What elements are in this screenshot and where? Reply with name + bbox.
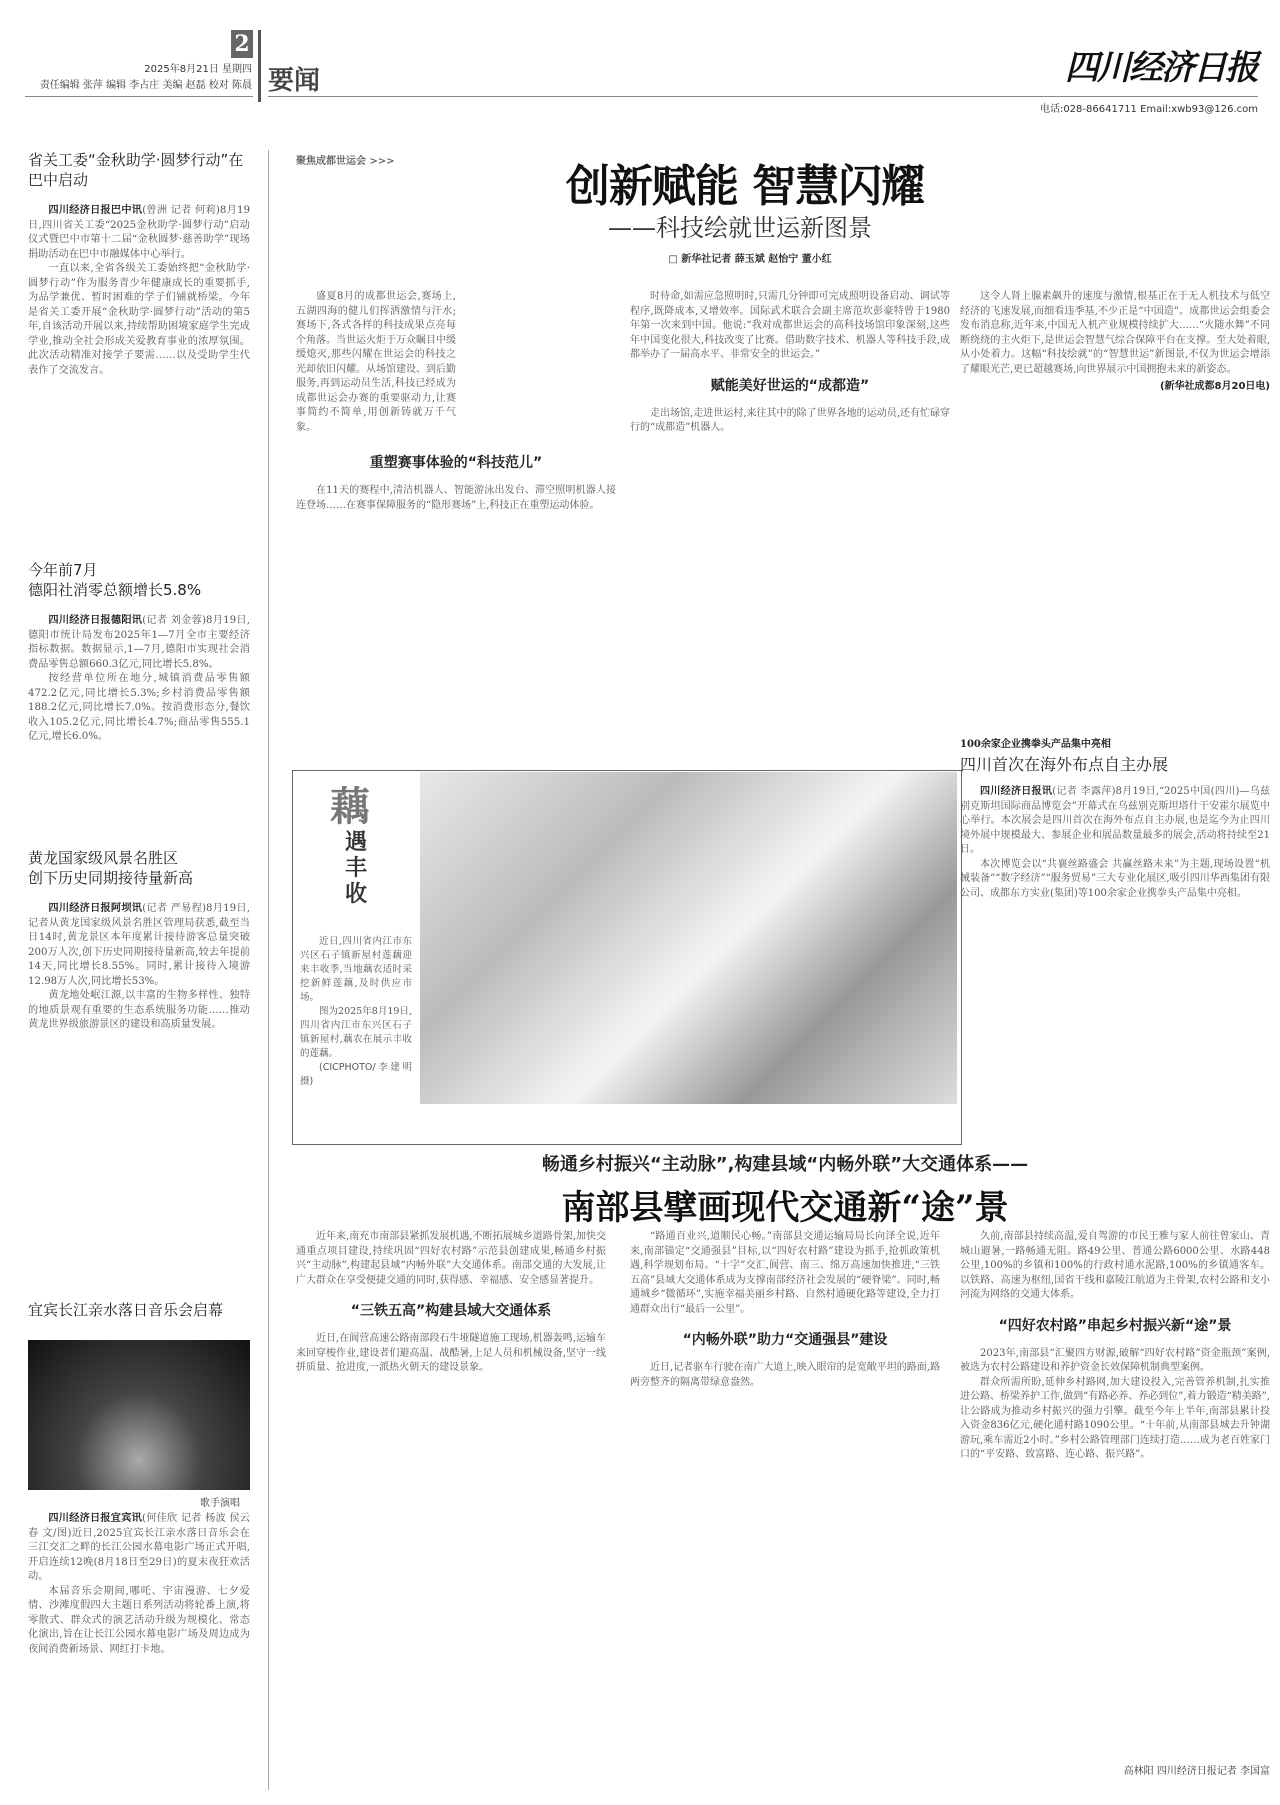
issue-date: 2025年8月21日 星期四 (100, 60, 252, 75)
editor-credits: 责任编辑 张萍 编辑 李占庄 美编 赵磊 校对 陈晨 (20, 76, 252, 91)
feature-col-1: 盛夏8月的成都世运会,赛场上,五湖四海的健儿们挥洒激情与汗水;赛场下,各式各样的… (296, 290, 456, 435)
rule-left (25, 96, 253, 97)
article-title-line2: 创下历史同期接待量新高 (28, 868, 250, 888)
byline: (记者 严易程) (142, 903, 206, 914)
column-divider (268, 150, 269, 1790)
feature-subheadline: ——科技绘就世运新图景 (500, 208, 980, 243)
paragraph: 这令人肾上腺素飙升的速度与激情,根基正在于无人机技术与低空经济的飞速发展,而细看… (960, 290, 1270, 377)
article-huanglong: 黄龙国家级风景名胜区 创下历史同期接待量新高 四川经济日报阿坝讯(记者 严易程)… (28, 848, 250, 1033)
paragraph: 盛夏8月的成都世运会,赛场上,五湖四海的健儿们挥洒激情与汗水;赛场下,各式各样的… (296, 290, 456, 435)
paragraph: 8月19日,记者从黄龙国家级风景名胜区管理局获悉,截至当日14时,黄龙景区本年度… (28, 903, 250, 987)
paragraph: 本届音乐会期间,哪吒、宇宙漫游、七夕爱情、沙滩度假四大主题日系列活动将轮番上演,… (28, 1585, 250, 1658)
paragraph: 近日,四川省内江市东兴区石子镇新屋村莲藕迎来丰收季,当地藕农适时采挖新鲜莲藕,及… (300, 935, 412, 1005)
transport-col-1: 近年来,南充市南部县紧抓发展机遇,不断拓展城乡道路骨架,加快交通重点项目建设,持… (296, 1230, 606, 1376)
feature-col-2: 时待命,如需应急照明时,只需几分钟即可完成照明设备启动、调试等程序,既降成本,又… (630, 290, 950, 436)
subhead: 赋能美好世运的“成都造” (630, 375, 950, 395)
byline: (曾洲 记者 何莉) (142, 205, 220, 216)
page-number: 2 (231, 30, 253, 58)
article-body: 四川经济日报阿坝讯(记者 严易程)8月19日,记者从黄龙国家级风景名胜区管理局获… (28, 902, 250, 989)
subhead: “三铁五高”构建县域大交通体系 (296, 1300, 606, 1320)
dateline-lead: 四川经济日报阿坝讯 (48, 903, 142, 914)
paragraph: 四川经济日报讯(记者 李露萍)8月19日,“2025中国(四川)—乌兹别克斯坦国… (960, 785, 1270, 858)
contact-info: 电话:028-86641711 Email:xwb93@126.com (960, 100, 1258, 115)
dateline-lead: 四川经济日报讯 (980, 786, 1052, 797)
feature-byline: □ 新华社记者 薛玉斌 赵怡宁 董小红 (560, 250, 940, 265)
paragraph: “路通百业兴,道顺民心畅。”南部县交通运输局局长向泽全说,近年来,南部锚定“交通… (630, 1230, 940, 1317)
paragraph: 一直以来,全省各级关工委始终把“金秋助学·圆梦行动”作为服务青少年健康成长的重要… (28, 262, 250, 378)
transport-col-3: 久前,南部县持续高温,爱自驾游的市民王雅与家人前往曾家山、青城山避暑,一路畅通无… (960, 1230, 1270, 1463)
expo-body: 四川经济日报讯(记者 李露萍)8月19日,“2025中国(四川)—乌兹别克斯坦国… (960, 785, 1270, 901)
signature: 高林阳 四川经济日报记者 李国富 (1050, 1762, 1270, 1777)
photo-title-char: 藕 (330, 775, 370, 832)
concert-photo (28, 1340, 250, 1490)
subhead: 重塑赛事体验的“科技范儿” (296, 452, 616, 472)
article-body: 四川经济日报宜宾讯(何佳欣 记者 杨波 侯云春 文/图)近日,2025宜宾长江亲… (28, 1512, 250, 1585)
photo-caption: 歌手演唱 (200, 1494, 240, 1509)
paragraph: 久前,南部县持续高温,爱自驾游的市民王雅与家人前往曾家山、青城山避暑,一路畅通无… (960, 1230, 1270, 1303)
feature-col-1b: 重塑赛事体验的“科技范儿” 在11天的赛程中,清洁机器人、智能游泳出发台、滞空照… (296, 440, 616, 513)
paragraph: 近日,在阆营高速公路南部段石牛垭隧道施工现场,机器轰鸣,运输车来回穿梭作业,建设… (296, 1332, 606, 1376)
masthead-divider (258, 30, 261, 102)
transport-col-2: “路通百业兴,道顺民心畅。”南部县交通运输局局长向泽全说,近年来,南部锚定“交通… (630, 1230, 940, 1390)
lotus-root-harvest-photo (420, 772, 957, 1104)
subhead: “四好农村路”串起乡村振兴新“途”景 (960, 1315, 1270, 1335)
section-title: 要闻 (268, 60, 320, 97)
article-deyang: 今年前7月 德阳社消零总额增长5.8% 四川经济日报德阳讯(记者 刘金蓉)8月1… (28, 560, 250, 745)
article-title: 省关工委“金秋助学·圆梦行动”在巴中启动 (28, 150, 250, 190)
article-yibin: 宜宾长江亲水落日音乐会启幕 (28, 1300, 250, 1320)
article-title-line1: 今年前7月 (28, 560, 250, 580)
transport-kicker: 畅通乡村振兴“主动脉”,构建县域“内畅外联”大交通体系—— (290, 1150, 1280, 1176)
article-guangongwei: 省关工委“金秋助学·圆梦行动”在巴中启动 四川经济日报巴中讯(曾洲 记者 何莉)… (28, 150, 250, 378)
article-title-line1: 黄龙国家级风景名胜区 (28, 848, 250, 868)
dateline: (新华社成都8月20日电) (960, 377, 1270, 392)
paragraph: 2023年,南部县“汇聚四方财源,破解“四好农村路”资金瓶颈”案例,被选为农村公… (960, 1347, 1270, 1376)
article-body: 四川经济日报巴中讯(曾洲 记者 何莉)8月19日,四川省关工委“2025金秋助学… (28, 204, 250, 262)
dateline-lead: 四川经济日报德阳讯 (48, 615, 142, 626)
paragraph: 按经营单位所在地分,城镇消费品零售额472.2亿元,同比增长5.3%;乡村消费品… (28, 672, 250, 745)
paragraph: 近年来,南充市南部县紧抓发展机遇,不断拓展城乡道路骨架,加快交通重点项目建设,持… (296, 1230, 606, 1288)
rule-right (268, 96, 1258, 97)
photo-caption: 近日,四川省内江市东兴区石子镇新屋村莲藕迎来丰收季,当地藕农适时采挖新鲜莲藕,及… (300, 935, 412, 1089)
paragraph: 近日,记者驱车行驶在南广大道上,映入眼帘的是宽敞平坦的路面,路两旁整齐的隔离带绿… (630, 1361, 940, 1390)
newspaper-logo: 四川经济日报 (1065, 40, 1257, 89)
paragraph: 图为2025年8月19日,四川省内江市东兴区石子镇新屋村,藕农在展示丰收的莲藕。 (300, 1005, 412, 1061)
article-yibin-body: 四川经济日报宜宾讯(何佳欣 记者 杨波 侯云春 文/图)近日,2025宜宾长江亲… (28, 1512, 250, 1657)
paragraph: 时待命,如需应急照明时,只需几分钟即可完成照明设备启动、调试等程序,既降成本,又… (630, 290, 950, 363)
paragraph: 黄龙地处岷江源,以丰富的生物多样性、独特的地质景观有重要的生态系统服务功能……推… (28, 989, 250, 1033)
paragraph: 群众所需所盼,延伸乡村路网,加大建设投入,完善管养机制,扎实推进公路、桥梁养护工… (960, 1376, 1270, 1463)
byline: (记者 李露萍) (1052, 786, 1115, 797)
byline: (记者 刘金蓉) (142, 615, 206, 626)
dateline-lead: 四川经济日报宜宾讯 (48, 1513, 142, 1524)
dateline-lead: 四川经济日报巴中讯 (48, 205, 142, 216)
photo-title-rest: 遇丰收 (345, 830, 375, 908)
article-title-line2: 德阳社消零总额增长5.8% (28, 580, 250, 600)
subhead: “内畅外联”助力“交通强县”建设 (630, 1329, 940, 1349)
photo-credit: (CICPHOTO/李建明 摄) (300, 1061, 412, 1089)
feature-headline: 创新赋能 智慧闪耀 (480, 150, 1010, 214)
feature-col-4: 这令人肾上腺素飙升的速度与激情,根基正在于无人机技术与低空经济的飞速发展,而细看… (960, 290, 1270, 392)
article-body: 四川经济日报德阳讯(记者 刘金蓉)8月19日,德阳市统计局发布2025年1—7月… (28, 614, 250, 672)
expo-kicker: 100余家企业携拳头产品集中亮相 (960, 735, 1111, 750)
paragraph: 在11天的赛程中,清洁机器人、智能游泳出发台、滞空照明机器人接连登场……在赛事保… (296, 484, 616, 513)
paragraph: 走出场馆,走进世运村,来往其中的除了世界各地的运动员,还有忙碌穿行的“成都造”机… (630, 407, 950, 436)
expo-title: 四川首次在海外布点自主办展 (960, 752, 1168, 775)
article-title: 宜宾长江亲水落日音乐会启幕 (28, 1300, 250, 1320)
transport-headline: 南部县擘画现代交通新“途”景 (290, 1180, 1280, 1229)
paragraph: 本次博览会以“共襄丝路盛会 共赢丝路未来”为主题,现场设置“机械装备”“数字经济… (960, 858, 1270, 902)
kicker: 聚焦成都世运会 >>> (296, 152, 395, 167)
